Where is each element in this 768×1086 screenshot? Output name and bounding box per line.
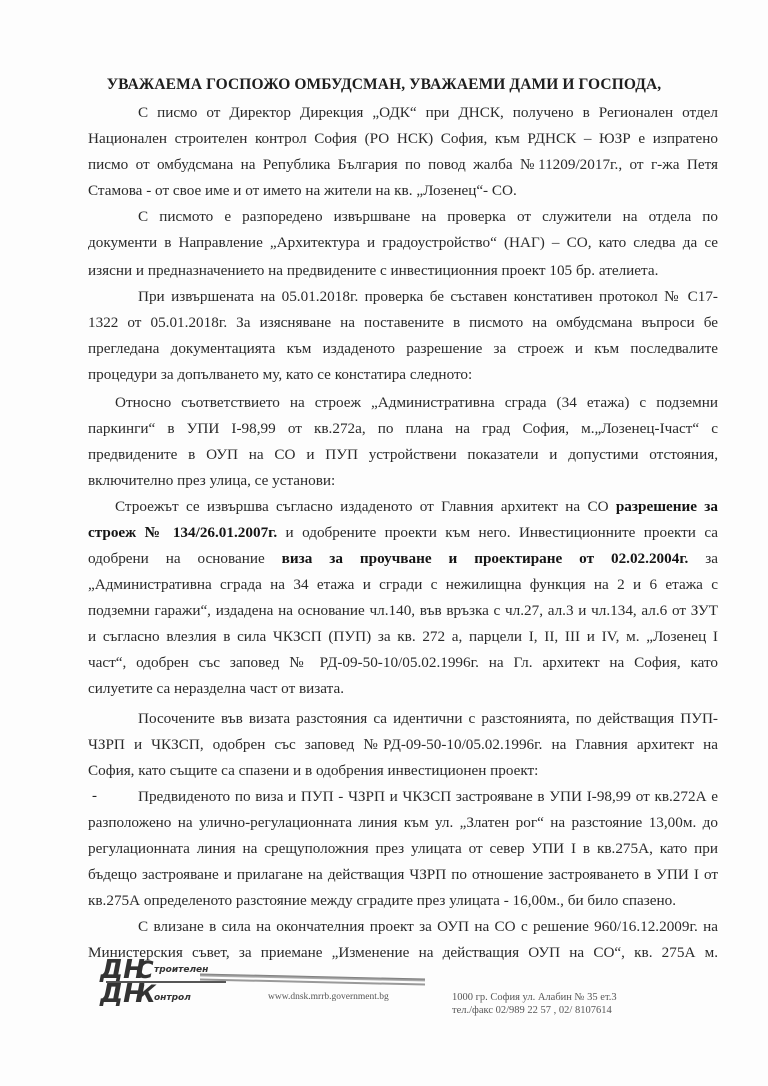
svg-text:онтрол: онтрол <box>154 993 191 1003</box>
text-line: процедури за допълването му, като се кон… <box>88 366 718 384</box>
visa-reference: виза за проучване и проектиране от 02.02… <box>282 550 689 567</box>
text-line: ЧЗРП и ЧКЗСП, одобрен със заповед №РД-09… <box>88 736 718 754</box>
text-line: Строежът се извършва съгласно издаденото… <box>115 498 718 516</box>
text-run: и одобрените проекти към него. Инвестици… <box>277 524 718 541</box>
text-line: Посочените във визата разстояния са иден… <box>138 710 718 728</box>
text-line: прегледана документацията към издаденото… <box>88 340 718 358</box>
text-run: за <box>688 550 718 567</box>
text-line: Национален строителен контрол София (РО … <box>88 130 718 148</box>
text-line: изясни и предназначението на предвиденит… <box>88 262 718 280</box>
text-line: силуетите са неразделна част от визата. <box>88 680 718 698</box>
text-line: „Административна сграда на 34 етажа и сг… <box>88 576 718 594</box>
text-line: разположено на улично-регулационната лин… <box>88 814 718 832</box>
text-line: регулационната линия на срещуположния пр… <box>88 840 718 858</box>
footer-address: 1000 гр. София ул. Алабин № 35 ет.3 <box>452 991 617 1004</box>
text-line: документи в Направление „Архитектура и г… <box>88 234 718 252</box>
bullet-marker: - <box>92 788 97 805</box>
footer-phone: тел./факс 02/989 22 57 , 02/ 8107614 <box>452 1004 617 1017</box>
text-run: Строежът се извършва съгласно издаденото… <box>115 498 616 515</box>
text-line: строеж № 134/26.01.2007г. и одобрените п… <box>88 524 718 542</box>
text-line: предвидените в ОУП на СО и ПУП устройств… <box>88 446 718 464</box>
text-line: Предвиденото по виза и ПУП - ЧЗРП и ЧКЗС… <box>138 788 718 806</box>
text-line: Стамова - от свое име и от името на жите… <box>88 182 718 200</box>
text-line: бъдещо застрояване и прилагане на действ… <box>88 866 718 884</box>
text-line: С писмо от Директор Дирекция „ОДК“ при Д… <box>138 104 718 122</box>
permit-number: строеж № 134/26.01.2007г. <box>88 524 277 541</box>
text-line: Относно съответствието на строеж „Админи… <box>115 394 718 412</box>
footer-website: www.dnsk.mrrb.government.bg <box>268 992 389 1002</box>
footer-contact: 1000 гр. София ул. Алабин № 35 ет.3 тел.… <box>452 991 617 1017</box>
text-line: При извършената на 05.01.2018г. проверка… <box>138 288 718 306</box>
letter-salutation: УВАЖАЕМА ГОСПОЖО ОМБУДСМАН, УВАЖАЕМИ ДАМ… <box>0 76 768 94</box>
text-run: одобрени на основание <box>88 550 282 567</box>
text-line: 1322 от 05.01.2018г. За изясняване на по… <box>88 314 718 332</box>
text-line: кв.275А определеното разстояние между сг… <box>88 892 718 910</box>
text-line: подземни гаражи“, издадена на основание … <box>88 602 718 620</box>
permit-reference: разрешение за <box>616 498 718 515</box>
text-line: част“, одобрен със заповед № РД-09-50-10… <box>88 654 718 672</box>
text-line: София, като същите са спазени и в одобре… <box>88 762 718 780</box>
text-line: С влизане в сила на окончателния проект … <box>138 918 718 936</box>
text-line: одобрени на основание виза за проучване … <box>88 550 718 568</box>
text-line: и съгласно влезлия в сила ЧКЗСП (ПУП) за… <box>88 628 718 646</box>
document-page: УВАЖАЕМА ГОСПОЖО ОМБУДСМАН, УВАЖАЕМИ ДАМ… <box>0 0 768 1086</box>
text-line: паркинги“ в УПИ I-98,99 от кв.272а, по п… <box>88 420 718 438</box>
text-line: писмо от омбудсмана на Република Българи… <box>88 156 718 174</box>
text-line: включително през улица, се установи: <box>88 472 718 490</box>
text-line: С писмото е разпоредено извършване на пр… <box>138 208 718 226</box>
